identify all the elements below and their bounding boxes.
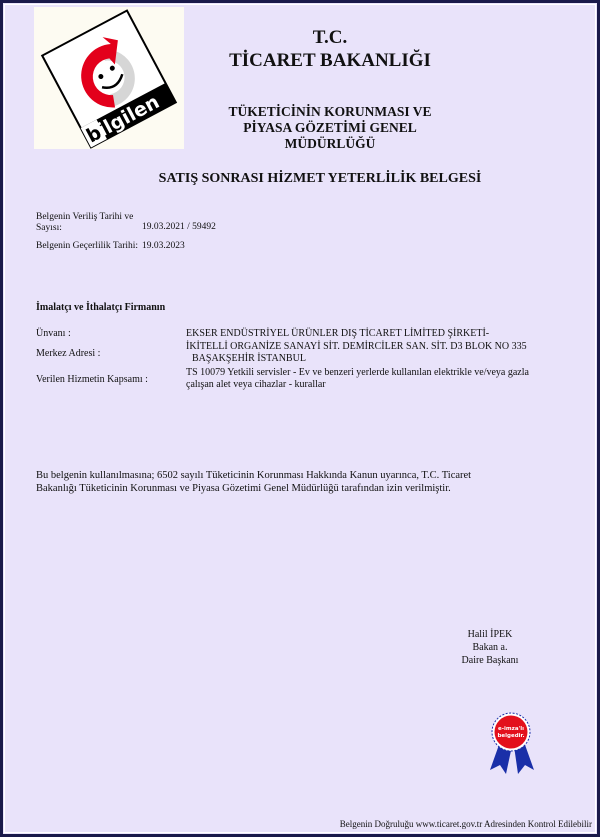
validity-date-label: Belgenin Geçerlilik Tarihi: bbox=[36, 241, 138, 252]
address-value: İKİTELLİ ORGANİZE SANAYİ SİT. DEMİRCİLER… bbox=[186, 341, 586, 365]
department-header: TÜKETİCİNİN KORUNMASI VE PİYASA GÖZETİMİ… bbox=[180, 104, 480, 152]
scope-line-1: TS 10079 Yetkili servisler - Ev ve benze… bbox=[186, 367, 586, 379]
header-ministry: TİCARET BAKANLIĞI bbox=[180, 49, 480, 72]
signature-block: Halil İPEK Bakan a. Daire Başkanı bbox=[430, 628, 550, 667]
address-line-1: İKİTELLİ ORGANİZE SANAYİ SİT. DEMİRCİLER… bbox=[186, 341, 586, 353]
header-tc: T.C. bbox=[180, 26, 480, 49]
signer-name: Halil İPEK bbox=[430, 628, 550, 641]
firm-section-heading: İmalatçı ve İthalatçı Firmanın bbox=[36, 302, 165, 313]
ministry-header: T.C. TİCARET BAKANLIĞI bbox=[180, 26, 480, 72]
seal-line-1: e-imza'lı bbox=[498, 726, 524, 732]
address-line-2: BAŞAKŞEHİR İSTANBUL bbox=[186, 353, 586, 365]
ribbon-seal-icon: e-imza'lı belgedir. bbox=[482, 712, 542, 778]
validity-date-value: 19.03.2023 bbox=[142, 241, 185, 252]
scope-value: TS 10079 Yetkili servisler - Ev ve benze… bbox=[186, 367, 586, 391]
authorization-statement: Bu belgenin kullanılmasına; 6502 sayılı … bbox=[36, 469, 576, 495]
scope-label: Verilen Hizmetin Kapsamı : bbox=[36, 374, 148, 385]
e-signature-seal: e-imza'lı belgedir. bbox=[482, 712, 542, 783]
statement-line-1: Bu belgenin kullanılmasına; 6502 sayılı … bbox=[36, 469, 576, 482]
signer-on-behalf: Bakan a. bbox=[430, 641, 550, 654]
verification-footer: Belgenin Doğruluğu www.ticaret.gov.tr Ad… bbox=[340, 819, 592, 829]
firm-title-value: EKSER ENDÜSTRİYEL ÜRÜNLER DIŞ TİCARET Lİ… bbox=[186, 328, 586, 340]
dept-line-3: MÜDÜRLÜĞÜ bbox=[180, 136, 480, 152]
seal-line-2: belgedir. bbox=[497, 733, 524, 739]
issue-date-label: Belgenin Veriliş Tarihi ve Sayısı: bbox=[36, 212, 136, 234]
bilgilen-logo-icon: b ilgilen bbox=[34, 7, 184, 149]
document-title: SATIŞ SONRASI HİZMET YETERLİLİK BELGESİ bbox=[120, 171, 520, 187]
dept-line-2: PİYASA GÖZETİMİ GENEL bbox=[180, 120, 480, 136]
signer-title: Daire Başkanı bbox=[430, 654, 550, 667]
statement-line-2: Bakanlığı Tüketicinin Korunması ve Piyas… bbox=[36, 482, 576, 495]
firm-title-label: Ünvanı : bbox=[36, 328, 71, 339]
bilgilen-logo: b ilgilen bbox=[34, 7, 184, 149]
issue-date-value: 19.03.2021 / 59492 bbox=[142, 222, 216, 233]
scope-line-2: çalışan alet veya cihazlar - kurallar bbox=[186, 379, 586, 391]
address-label: Merkez Adresi : bbox=[36, 348, 100, 359]
dept-line-1: TÜKETİCİNİN KORUNMASI VE bbox=[180, 104, 480, 120]
